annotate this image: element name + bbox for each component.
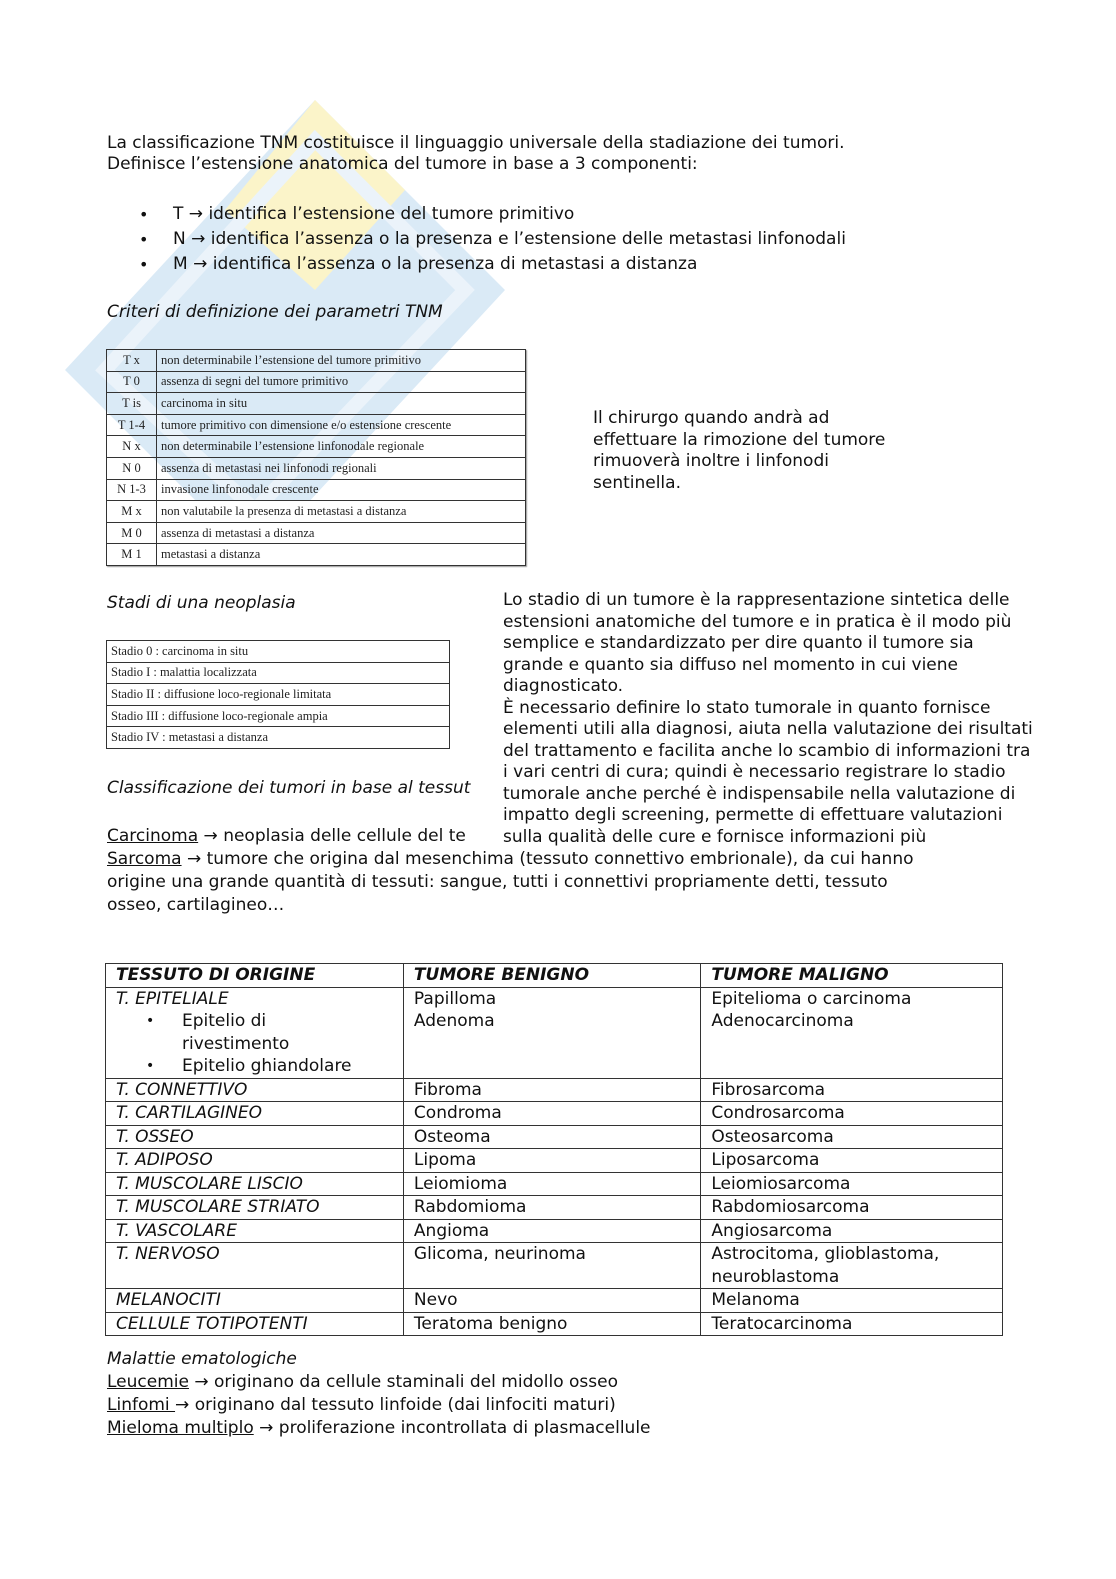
table-row: T. CARTILAGINEOCondromaCondrosarcoma (106, 1102, 1003, 1126)
arrow-right-icon: → (204, 826, 218, 846)
benign-cell: Lipoma (403, 1149, 700, 1173)
benign-cell: Papilloma Adenoma (403, 987, 700, 1078)
arrow-right-icon: → (259, 1418, 273, 1438)
paragraph-line: sulla qualità delle cure e fornisce info… (503, 827, 1033, 849)
stages-heading: Stadi di una neoplasia (107, 593, 296, 615)
table-row: N xnon determinabile l’estensione linfon… (107, 436, 526, 458)
stage-cell: Stadio IV : metastasi a distanza (107, 727, 450, 749)
lymphoma-definition: Linfomi → originano dal tessuto linfoide… (107, 1395, 616, 1417)
paragraph-line: del trattamento e facilita anche lo scam… (503, 741, 1033, 763)
paragraph-line: i vari centri di cura; quindi è necessar… (503, 762, 1033, 784)
tnm-description: non determinabile l’estensione del tumor… (157, 350, 526, 372)
origin-cell: CELLULE TOTIPOTENTI (106, 1312, 404, 1336)
stage-cell: Stadio II : diffusione loco-regionale li… (107, 684, 450, 706)
carcinoma-term: Carcinoma (107, 826, 198, 846)
sarcoma-term: Sarcoma (107, 849, 182, 869)
table-row: Stadio II : diffusione loco-regionale li… (107, 684, 450, 706)
hematologic-heading: Malattie ematologiche (107, 1349, 297, 1371)
origin-cell: T. MUSCOLARE LISCIO (106, 1172, 404, 1196)
carcinoma-definition: Carcinoma → neoplasia delle cellule del … (107, 826, 466, 848)
header-origin: TESSUTO DI ORIGINE (106, 964, 404, 988)
malignant-cell: Condrosarcoma (701, 1102, 1003, 1126)
tnm-code: N 0 (107, 457, 157, 479)
myeloma-definition: Mieloma multiplo → proliferazione incont… (107, 1418, 651, 1440)
stage-cell: Stadio III : diffusione loco-regionale a… (107, 705, 450, 727)
tnm-description: assenza di metastasi a distanza (157, 522, 526, 544)
origin-cell: MELANOCITI (106, 1289, 404, 1313)
malignant-cell: Angiosarcoma (701, 1219, 1003, 1243)
list-item: N → identifica l’assenza o la presenza e… (107, 227, 846, 252)
paragraph-line: grande e quanto sia diffuso nel momento … (503, 655, 1033, 677)
list-item: M → identifica l’assenza o la presenza d… (107, 252, 846, 277)
table-row: Stadio IV : metastasi a distanza (107, 727, 450, 749)
tnm-description: invasione linfonodale crescente (157, 479, 526, 501)
malignant-cell: Teratocarcinoma (701, 1312, 1003, 1336)
malignant-cell: Epitelioma o carcinoma Adenocarcinoma (701, 987, 1003, 1078)
table-row: T 0assenza di segni del tumore primitivo (107, 371, 526, 393)
tnm-code: M x (107, 501, 157, 523)
table-header-row: TESSUTO DI ORIGINE TUMORE BENIGNO TUMORE… (106, 964, 1003, 988)
origin-cell: T. NERVOSO (106, 1243, 404, 1289)
arrow-right-icon: → (191, 229, 205, 249)
header-benign: TUMORE BENIGNO (403, 964, 700, 988)
paragraph-line: estensioni anatomiche del tumore e in pr… (503, 612, 1033, 634)
tnm-description: non determinabile l’estensione linfonoda… (157, 436, 526, 458)
tnm-code: M 0 (107, 522, 157, 544)
malignant-cell: Osteosarcoma (701, 1125, 1003, 1149)
paragraph-line: elementi utili alla diagnosi, aiuta nell… (503, 719, 1033, 741)
table-row: MELANOCITINevoMelanoma (106, 1289, 1003, 1313)
paragraph-line: Lo stadio di un tumore è la rappresentaz… (503, 590, 1033, 612)
arrow-right-icon: → (189, 204, 203, 224)
tnm-code: T is (107, 393, 157, 415)
stages-table: Stadio 0 : carcinoma in situStadio I : m… (106, 640, 450, 749)
malignant-cell: Astrocitoma, glioblastoma, neuroblastoma (701, 1243, 1003, 1289)
malignant-cell: Liposarcoma (701, 1149, 1003, 1173)
benign-cell: Osteoma (403, 1125, 700, 1149)
surgeon-note: Il chirurgo quando andrà ad effettuare l… (593, 408, 885, 494)
tnm-description: assenza di metastasi nei linfonodi regio… (157, 457, 526, 479)
table-row: N 0assenza di metastasi nei linfonodi re… (107, 457, 526, 479)
table-row: M 1metastasi a distanza (107, 544, 526, 566)
tnm-components-list: T → identifica l’estensione del tumore p… (107, 202, 846, 277)
tnm-code: T x (107, 350, 157, 372)
tnm-criteria-heading: Criteri di definizione dei parametri TNM (107, 302, 443, 324)
benign-cell: Leiomioma (403, 1172, 700, 1196)
tnm-description: non valutabile la presenza di metastasi … (157, 501, 526, 523)
origin-cell: T. MUSCOLARE STRIATO (106, 1196, 404, 1220)
benign-cell: Teratoma benigno (403, 1312, 700, 1336)
table-row: T. NERVOSOGlicoma, neurinomaAstrocitoma,… (106, 1243, 1003, 1289)
arrow-right-icon: → (175, 1395, 189, 1415)
table-row: T. EPITELIALE Epitelio di rivestimento E… (106, 987, 1003, 1078)
paragraph-line: È necessario definire lo stato tumorale … (503, 698, 1033, 720)
paragraph-line: impatto degli screening, permette di eff… (503, 805, 1033, 827)
table-row: Stadio III : diffusione loco-regionale a… (107, 705, 450, 727)
table-row: Stadio I : malattia localizzata (107, 662, 450, 684)
tissue-classification-heading: Classificazione dei tumori in base al te… (107, 778, 470, 800)
benign-cell: Condroma (403, 1102, 700, 1126)
arrow-right-icon: → (187, 849, 201, 869)
table-row: M 0assenza di metastasi a distanza (107, 522, 526, 544)
origin-cell: T. OSSEO (106, 1125, 404, 1149)
list-item: T → identifica l’estensione del tumore p… (107, 202, 846, 227)
tnm-code: N x (107, 436, 157, 458)
table-row: Stadio 0 : carcinoma in situ (107, 641, 450, 663)
table-row: T. MUSCOLARE LISCIOLeiomiomaLeiomiosarco… (106, 1172, 1003, 1196)
benign-cell: Nevo (403, 1289, 700, 1313)
paragraph-line: semplice e standardizzato per dire quant… (503, 633, 1033, 655)
table-row: CELLULE TOTIPOTENTITeratoma benignoTerat… (106, 1312, 1003, 1336)
malignant-cell: Melanoma (701, 1289, 1003, 1313)
origin-cell: T. EPITELIALE Epitelio di rivestimento E… (106, 987, 404, 1078)
sarcoma-continuation-1: origine una grande quantità di tessuti: … (107, 872, 888, 894)
tnm-code: T 0 (107, 371, 157, 393)
tumor-classification-table: TESSUTO DI ORIGINE TUMORE BENIGNO TUMORE… (105, 963, 1003, 1336)
header-malignant: TUMORE MALIGNO (701, 964, 1003, 988)
arrow-right-icon: → (193, 254, 207, 274)
table-row: N 1-3invasione linfonodale crescente (107, 479, 526, 501)
table-row: T. CONNETTIVOFibromaFibrosarcoma (106, 1078, 1003, 1102)
origin-cell: T. CONNETTIVO (106, 1078, 404, 1102)
arrow-right-icon: → (194, 1372, 208, 1392)
stage-paragraph: Lo stadio di un tumore è la rappresentaz… (503, 590, 1033, 848)
benign-cell: Glicoma, neurinoma (403, 1243, 700, 1289)
tnm-code: M 1 (107, 544, 157, 566)
tnm-description: metastasi a distanza (157, 544, 526, 566)
malignant-cell: Leiomiosarcoma (701, 1172, 1003, 1196)
stage-cell: Stadio 0 : carcinoma in situ (107, 641, 450, 663)
table-row: T 1-4tumore primitivo con dimensione e/o… (107, 414, 526, 436)
table-row: T. VASCOLAREAngiomaAngiosarcoma (106, 1219, 1003, 1243)
sarcoma-definition: Sarcoma → tumore che origina dal mesench… (107, 849, 914, 871)
benign-cell: Angioma (403, 1219, 700, 1243)
tnm-criteria-table: T xnon determinabile l’estensione del tu… (106, 349, 526, 566)
table-row: T. OSSEOOsteomaOsteosarcoma (106, 1125, 1003, 1149)
malignant-cell: Fibrosarcoma (701, 1078, 1003, 1102)
benign-cell: Rabdomioma (403, 1196, 700, 1220)
table-row: T xnon determinabile l’estensione del tu… (107, 350, 526, 372)
origin-cell: T. VASCOLARE (106, 1219, 404, 1243)
malignant-cell: Rabdomiosarcoma (701, 1196, 1003, 1220)
table-row: T. MUSCOLARE STRIATORabdomiomaRabdomiosa… (106, 1196, 1003, 1220)
sarcoma-continuation-2: osseo, cartilagineo… (107, 895, 284, 917)
intro-line-1: La classificazione TNM costituisce il li… (107, 133, 845, 155)
table-row: M xnon valutabile la presenza di metasta… (107, 501, 526, 523)
table-row: T. ADIPOSOLipomaLiposarcoma (106, 1149, 1003, 1173)
paragraph-line: diagnosticato. (503, 676, 1033, 698)
tnm-code: N 1-3 (107, 479, 157, 501)
paragraph-line: tumorale anche perché è indispensabile n… (503, 784, 1033, 806)
origin-cell: T. ADIPOSO (106, 1149, 404, 1173)
tnm-description: carcinoma in situ (157, 393, 526, 415)
origin-cell: T. CARTILAGINEO (106, 1102, 404, 1126)
table-row: T iscarcinoma in situ (107, 393, 526, 415)
intro-line-2: Definisce l’estensione anatomica del tum… (107, 154, 698, 176)
leukemia-definition: Leucemie → originano da cellule staminal… (107, 1372, 618, 1394)
stage-cell: Stadio I : malattia localizzata (107, 662, 450, 684)
tnm-description: tumore primitivo con dimensione e/o este… (157, 414, 526, 436)
tnm-description: assenza di segni del tumore primitivo (157, 371, 526, 393)
tnm-code: T 1-4 (107, 414, 157, 436)
benign-cell: Fibroma (403, 1078, 700, 1102)
